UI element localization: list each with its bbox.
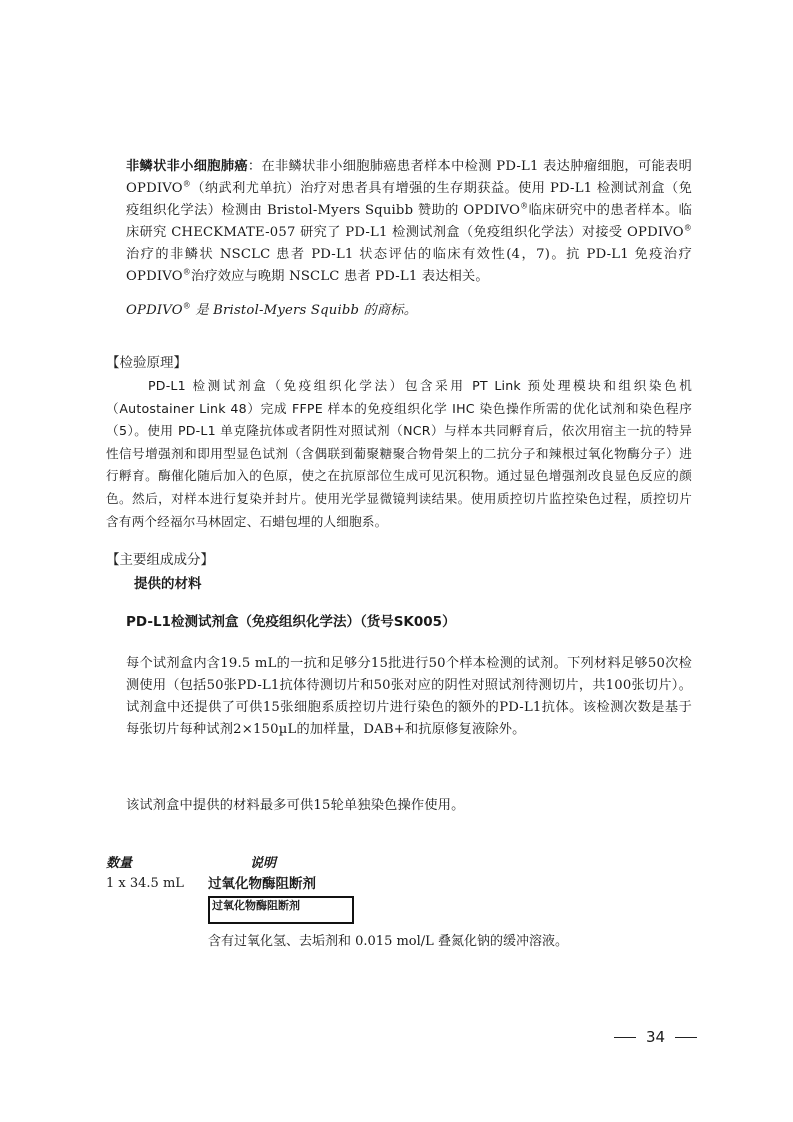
nsclc-intro-paragraph: 非鳞状非小细胞肺癌：在非鳞状非小细胞肺癌患者样本中检测 PD-L1 表达肿瘤细胞… [126, 156, 692, 288]
trademark-text: 是 Bristol-Myers Squibb 的商标。 [191, 303, 417, 318]
intro-lead-separator: ： [248, 159, 262, 174]
materials-subheading: 提供的材料 [134, 572, 202, 592]
intro-text-5: 治疗效应与晚期 NSCLC 患者 PD-L1 表达相关。 [191, 269, 489, 284]
document-page: 非鳞状非小细胞肺癌：在非鳞状非小细胞肺癌患者样本中检测 PD-L1 表达肿瘤细胞… [0, 0, 793, 1122]
registered-mark: ® [183, 180, 191, 189]
quantity-column-header: 数量 [106, 852, 132, 871]
kit-title: PD-L1检测试剂盒（免疫组织化学法）（货号SK005） [126, 610, 456, 630]
intro-lead-term: 非鳞状非小细胞肺癌 [126, 159, 248, 174]
reagent-label-box: 过氧化物酶阻断剂 [208, 896, 354, 924]
registered-mark: ® [183, 268, 191, 277]
dash-right [675, 1037, 697, 1038]
principle-paragraph: PD-L1 检测试剂盒（免疫组织化学法）包含采用 PT Link 预处理模块和组… [106, 375, 692, 533]
kit-note: 该试剂盒中提供的材料最多可供15轮单独染色操作使用。 [126, 795, 464, 817]
dash-left [614, 1037, 636, 1038]
trademark-notice: OPDIVO® 是 Bristol-Myers Squibb 的商标。 [126, 300, 417, 322]
page-number: 34 [614, 1028, 697, 1046]
trademark-brand: OPDIVO [126, 303, 183, 318]
reagent-detail: 含有过氧化氢、去垢剂和 0.015 mol/L 叠氮化钠的缓冲溶液。 [208, 932, 568, 952]
kit-description: 每个试剂盒内含19.5 mL的一抗和足够分15批进行50个样本检测的试剂。下列材… [126, 653, 692, 741]
registered-mark: ® [684, 224, 692, 233]
reagent-quantity: 1 x 34.5 mL [106, 874, 184, 894]
registered-mark: ® [183, 302, 191, 311]
page-number-value: 34 [646, 1028, 665, 1046]
principle-heading: 【检验原理】 [106, 352, 187, 374]
components-heading: 【主要组成成分】 [106, 549, 214, 571]
description-column-header: 说明 [250, 852, 276, 871]
reagent-name: 过氧化物酶阻断剂 [208, 874, 316, 894]
